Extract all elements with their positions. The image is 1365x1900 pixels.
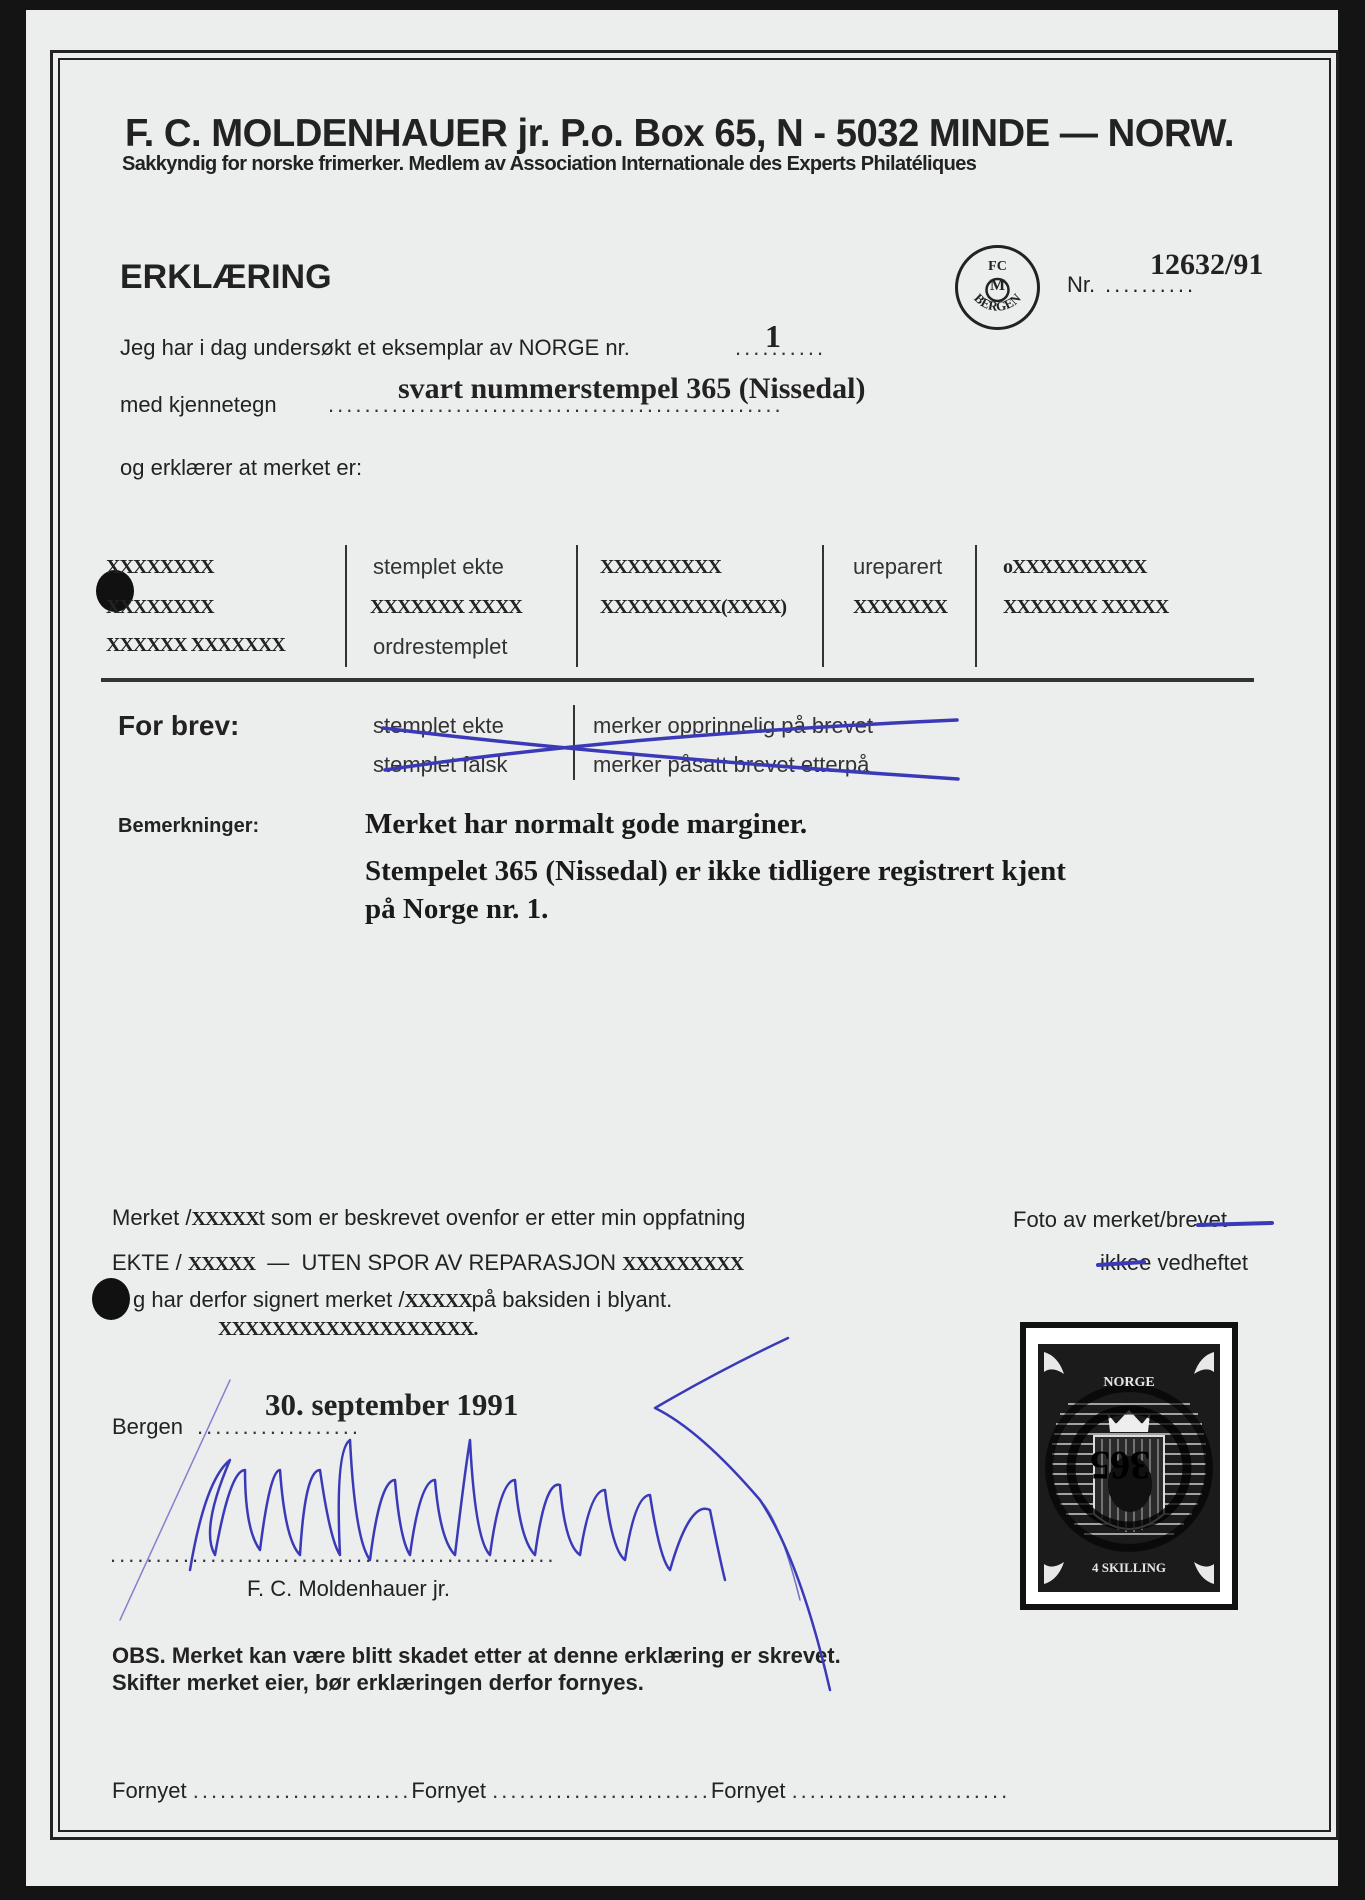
norway-stamp-image: 365 NORGE 4 SKILLING <box>1038 1344 1220 1592</box>
brev-option-stemplet-ekte: stemplet ekte <box>373 713 504 739</box>
renewal-label: Fornyet <box>112 1778 187 1803</box>
struck-option: XXXXXXXX <box>106 556 214 579</box>
opinion-line-3: g har derfor signert merket /XXXXXpå bak… <box>133 1287 672 1313</box>
struck-text: XXXXX <box>188 1253 255 1275</box>
number-label: Nr. <box>1067 272 1095 298</box>
place-label: Bergen <box>112 1414 183 1440</box>
norge-number: 1 <box>765 318 781 355</box>
column-divider <box>975 545 977 667</box>
photo-caption-1: Foto av merket/brevet <box>1013 1207 1227 1233</box>
svg-text:FC: FC <box>988 259 1007 274</box>
svg-text:4 SKILLING: 4 SKILLING <box>1092 1560 1166 1575</box>
for-brev-label: For brev: <box>118 710 239 742</box>
option-ordrestemplet: ordrestemplet <box>373 634 508 660</box>
struck-option: XXXXXXX XXXX <box>370 596 522 619</box>
photo-caption-2: ikkee vedheftet <box>1100 1250 1248 1276</box>
svg-text:365: 365 <box>1090 1443 1150 1488</box>
notice-line-1: OBS. Merket kan være blitt skadet etter … <box>112 1643 841 1669</box>
declares-label: og erklærer at merket er: <box>120 455 362 481</box>
brev-option-opprinnelig: merker opprinnelig på brevet <box>593 713 873 739</box>
signer-name: F. C. Moldenhauer jr. <box>247 1576 450 1602</box>
signature-dots: ........................................… <box>110 1542 557 1568</box>
stamp-photo: 365 NORGE 4 SKILLING <box>1020 1322 1238 1610</box>
punch-hole <box>92 1278 130 1320</box>
struck-text: ikke <box>1100 1250 1139 1275</box>
brev-option-stemplet-falsk: stemplet falsk <box>373 752 508 778</box>
struck-option: XXXXXXX XXXXX <box>1003 596 1168 619</box>
struck-option: XXXXXXXX <box>106 596 214 619</box>
certificate-number: 12632/91 <box>1150 248 1263 282</box>
seal-icon: FC M BERGEN <box>955 245 1040 330</box>
remark-line: Stempelet 365 (Nissedal) er ikke tidlige… <box>365 855 1066 888</box>
svg-text:M: M <box>990 277 1005 294</box>
struck-option: XXXXXX XXXXXXX <box>106 634 285 657</box>
renewal-row: Fornyet ........................Fornyet … <box>112 1778 1010 1804</box>
opinion-line-2: EKTE / XXXXX — UTEN SPOR AV REPARASJON X… <box>112 1250 743 1276</box>
remark-line: Merket har normalt gode marginer. <box>365 808 807 841</box>
company-subtitle: Sakkyndig for norske frimerker. Medlem a… <box>122 153 976 176</box>
struck-option: XXXXXXX <box>853 596 947 619</box>
renewal-label: Fornyet <box>411 1778 486 1803</box>
renewal-label: Fornyet <box>711 1778 786 1803</box>
examined-label: Jeg har i dag undersøkt et eksemplar av … <box>120 335 630 361</box>
remarks-label: Bemerkninger: <box>118 815 259 838</box>
struck-option: XXXXXXXXX <box>600 556 721 579</box>
column-divider <box>345 545 347 667</box>
document-title: ERKLÆRING <box>120 258 332 297</box>
struck-option: oXXXXXXXXXX <box>1003 556 1146 579</box>
struck-option: XXXXXXXXX(XXXX) <box>600 596 786 619</box>
opinion-line-4: XXXXXXXXXXXXXXXXXXX. <box>218 1318 477 1341</box>
struck-text: XXXXX <box>191 1208 258 1230</box>
characteristics-label: med kjennetegn <box>120 392 277 418</box>
option-ureparert: ureparert <box>853 554 942 580</box>
section-divider <box>101 678 1254 682</box>
remark-line: på Norge nr. 1. <box>365 893 548 926</box>
brev-option-pasatt: merker påsatt brevet etterpå <box>593 752 869 778</box>
svg-text:NORGE: NORGE <box>1103 1375 1154 1390</box>
company-header: F. C. MOLDENHAUER jr. P.o. Box 65, N - 5… <box>125 112 1234 156</box>
column-divider <box>576 545 578 667</box>
struck-text: brevet <box>1166 1207 1227 1232</box>
column-divider <box>822 545 824 667</box>
struck-text: XXXXX <box>404 1290 471 1312</box>
option-stemplet-ekte: stemplet ekte <box>373 554 504 580</box>
struck-text: XXXXXXXXX <box>622 1253 743 1275</box>
opinion-line-1: Merket /XXXXXt som er beskrevet ovenfor … <box>112 1205 745 1231</box>
signing-date: 30. september 1991 <box>265 1387 518 1423</box>
notice-line-2: Skifter merket eier, bør erklæringen der… <box>112 1670 644 1696</box>
column-divider <box>573 705 575 780</box>
characteristics-value: svart nummerstempel 365 (Nissedal) <box>398 372 865 406</box>
